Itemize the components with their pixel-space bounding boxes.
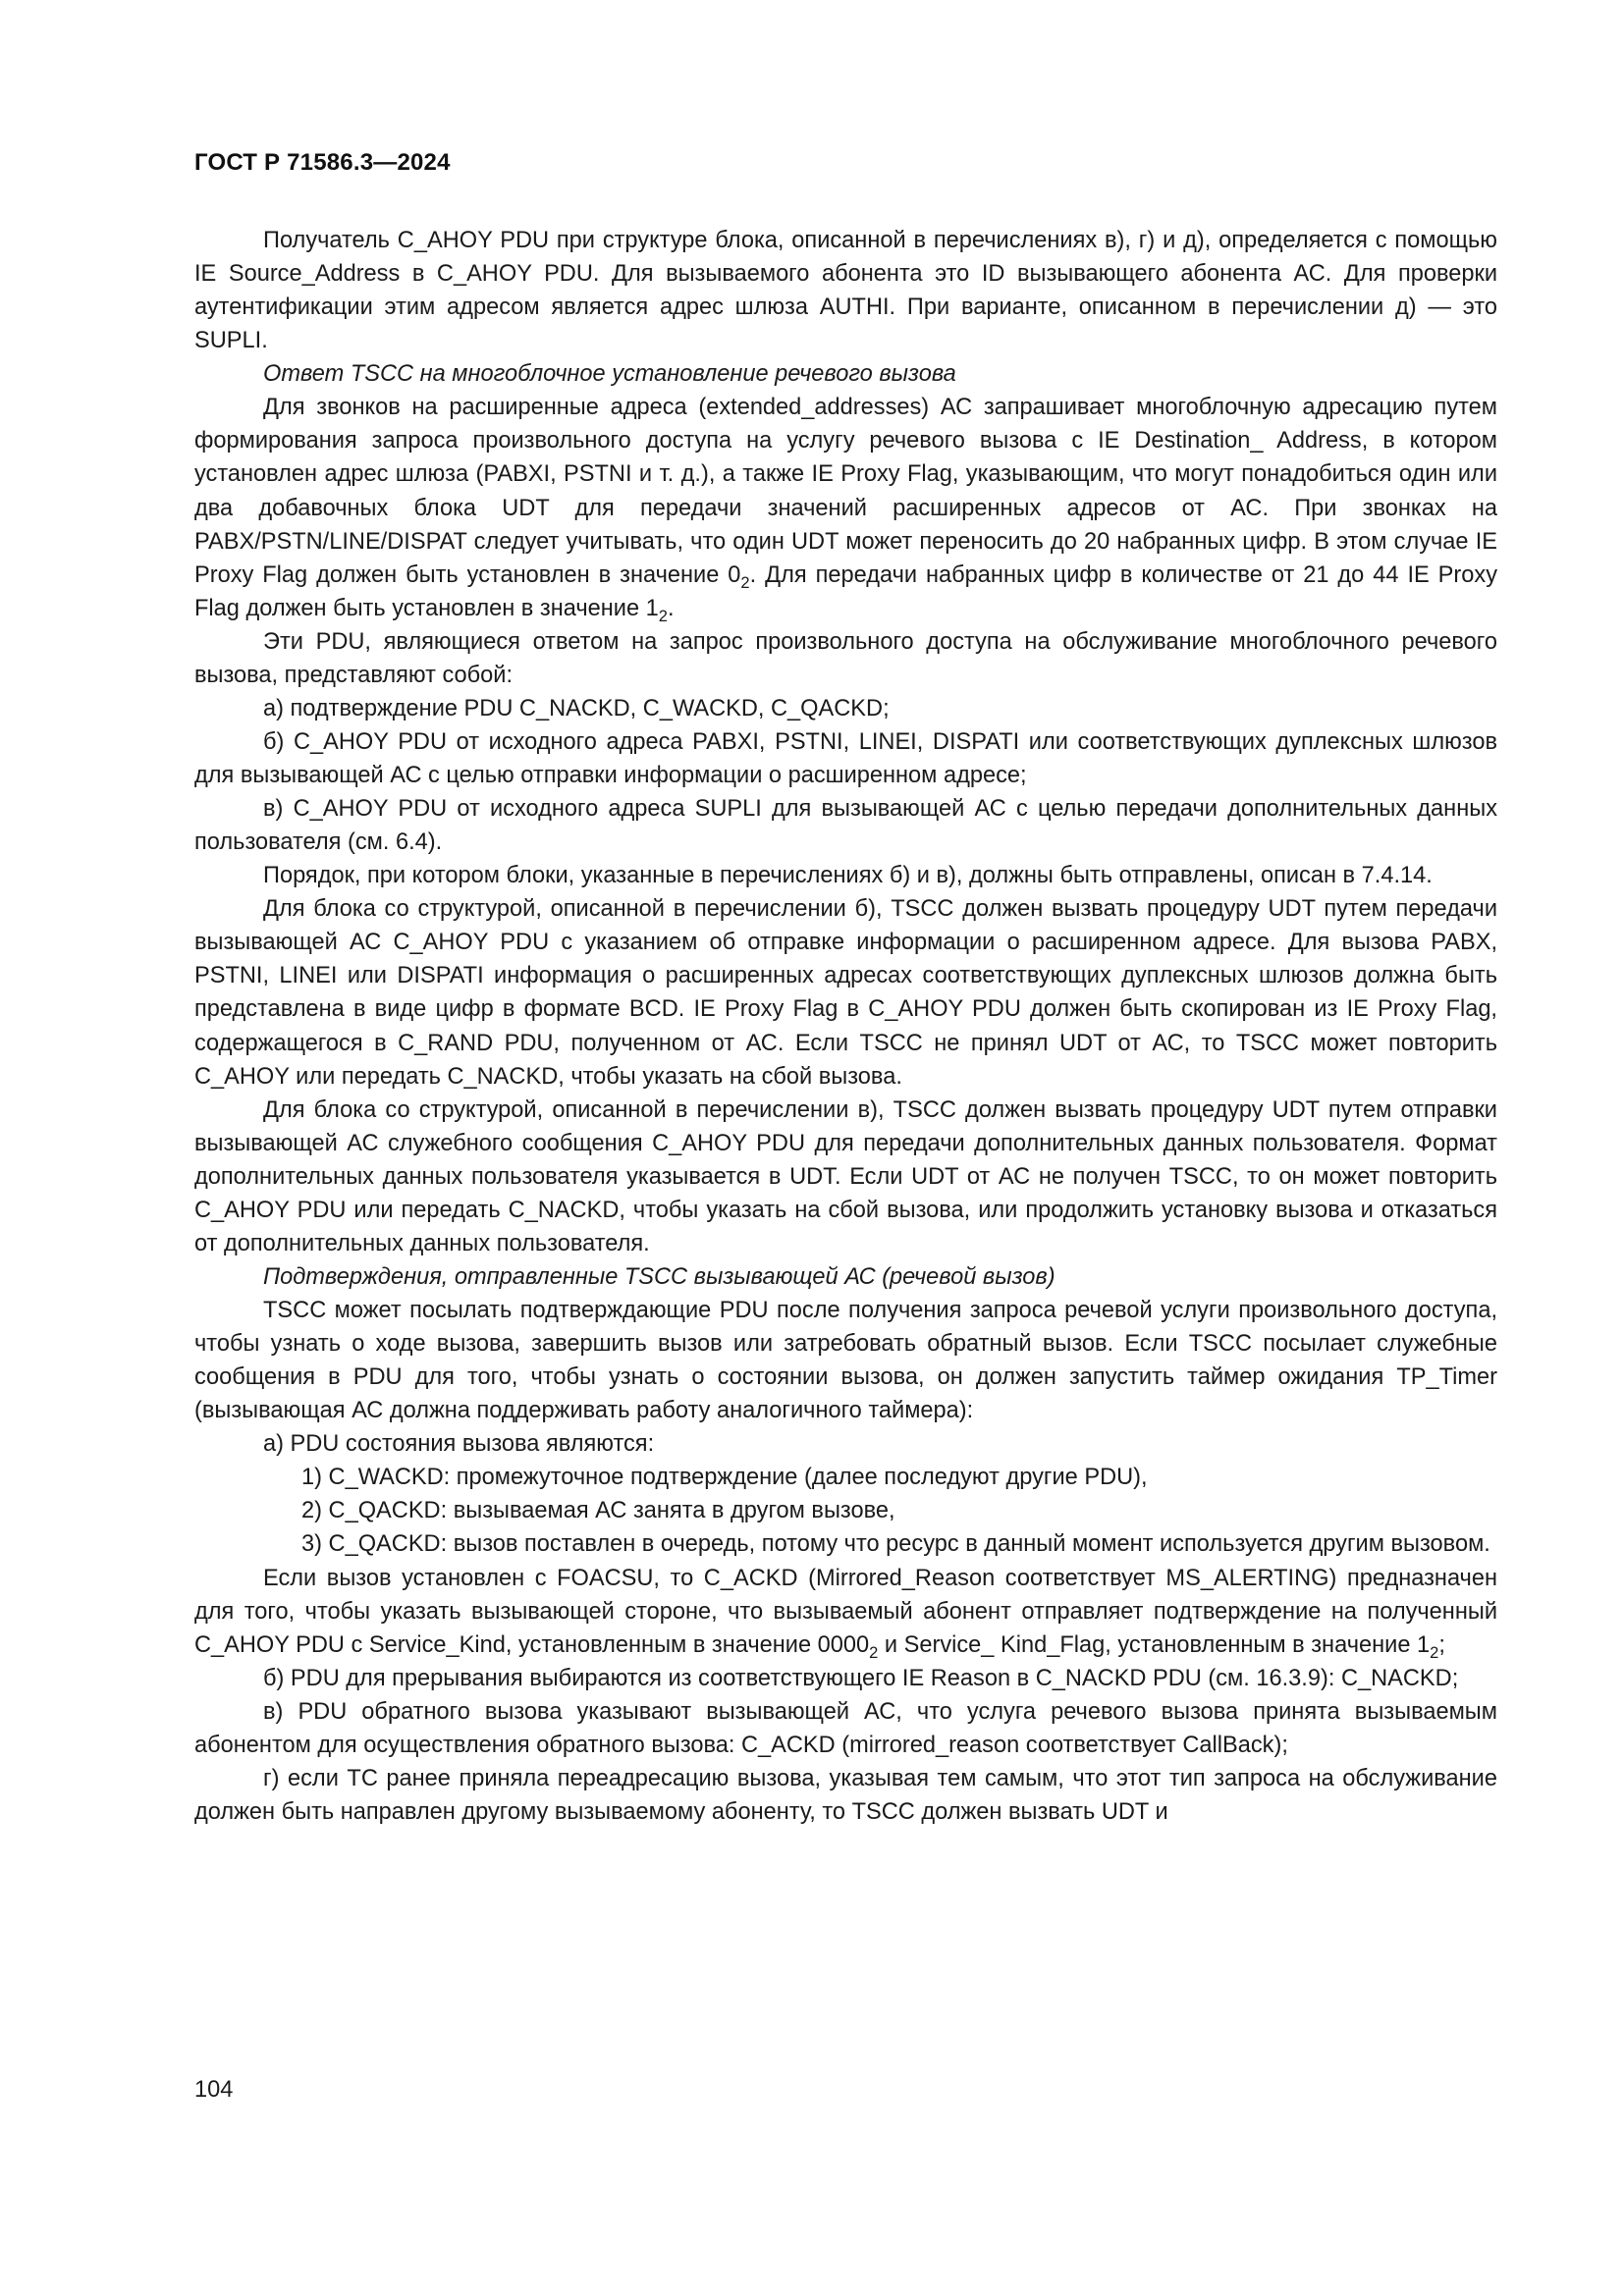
paragraph-foacsu: Если вызов установлен с FOACSU, то C_ACK… (194, 1562, 1497, 1662)
list-item: г) если ТС ранее приняла переадресацию в… (194, 1762, 1497, 1829)
paragraph-block-c: Для блока со структурой, описанной в пер… (194, 1094, 1497, 1260)
sub-list-item: 1) C_WACKD: промежуточное подтверждение … (194, 1461, 1497, 1494)
paragraph-block-order: Порядок, при котором блоки, указанные в … (194, 859, 1497, 892)
sub-list-item: 2) C_QACKD: вызываемая АС занята в друго… (194, 1494, 1497, 1527)
document-body: Получатель C_AHOY PDU при структуре блок… (194, 224, 1497, 1829)
paragraph-block-b: Для блока со структурой, описанной в пер… (194, 892, 1497, 1093)
page-number: 104 (194, 2077, 233, 2104)
paragraph-extended-addresses: Для звонков на расширенные адреса (exten… (194, 391, 1497, 624)
list-item: б) C_AHOY PDU от исходного адреса PABXI,… (194, 725, 1497, 792)
paragraph-recipient-ahoy: Получатель C_AHOY PDU при структуре блок… (194, 224, 1497, 357)
list-item: б) PDU для прерывания выбираются из соот… (194, 1662, 1497, 1695)
section-heading-acknowledgements: Подтверждения, отправленные TSCC вызываю… (194, 1260, 1497, 1294)
document-standard-id: ГОСТ Р 71586.3—2024 (194, 149, 451, 177)
list-item: в) PDU обратного вызова указывают вызыва… (194, 1695, 1497, 1762)
paragraph-tscc-acknowledgements: TSCC может посылать подтверждающие PDU п… (194, 1294, 1497, 1427)
paragraph-response-pdus: Эти PDU, являющиеся ответом на запрос пр… (194, 625, 1497, 692)
list-item: а) подтверждение PDU C_NACKD, C_WACKD, C… (194, 692, 1497, 725)
section-heading-multiblock-response: Ответ TSCC на многоблочное установление … (194, 357, 1497, 391)
sub-list-item: 3) C_QACKD: вызов поставлен в очередь, п… (194, 1527, 1497, 1561)
document-page: ГОСТ Р 71586.3—2024 Получатель C_AHOY PD… (0, 0, 1624, 2296)
list-item: а) PDU состояния вызова являются: (194, 1427, 1497, 1461)
list-item: в) C_AHOY PDU от исходного адреса SUPLI … (194, 792, 1497, 859)
